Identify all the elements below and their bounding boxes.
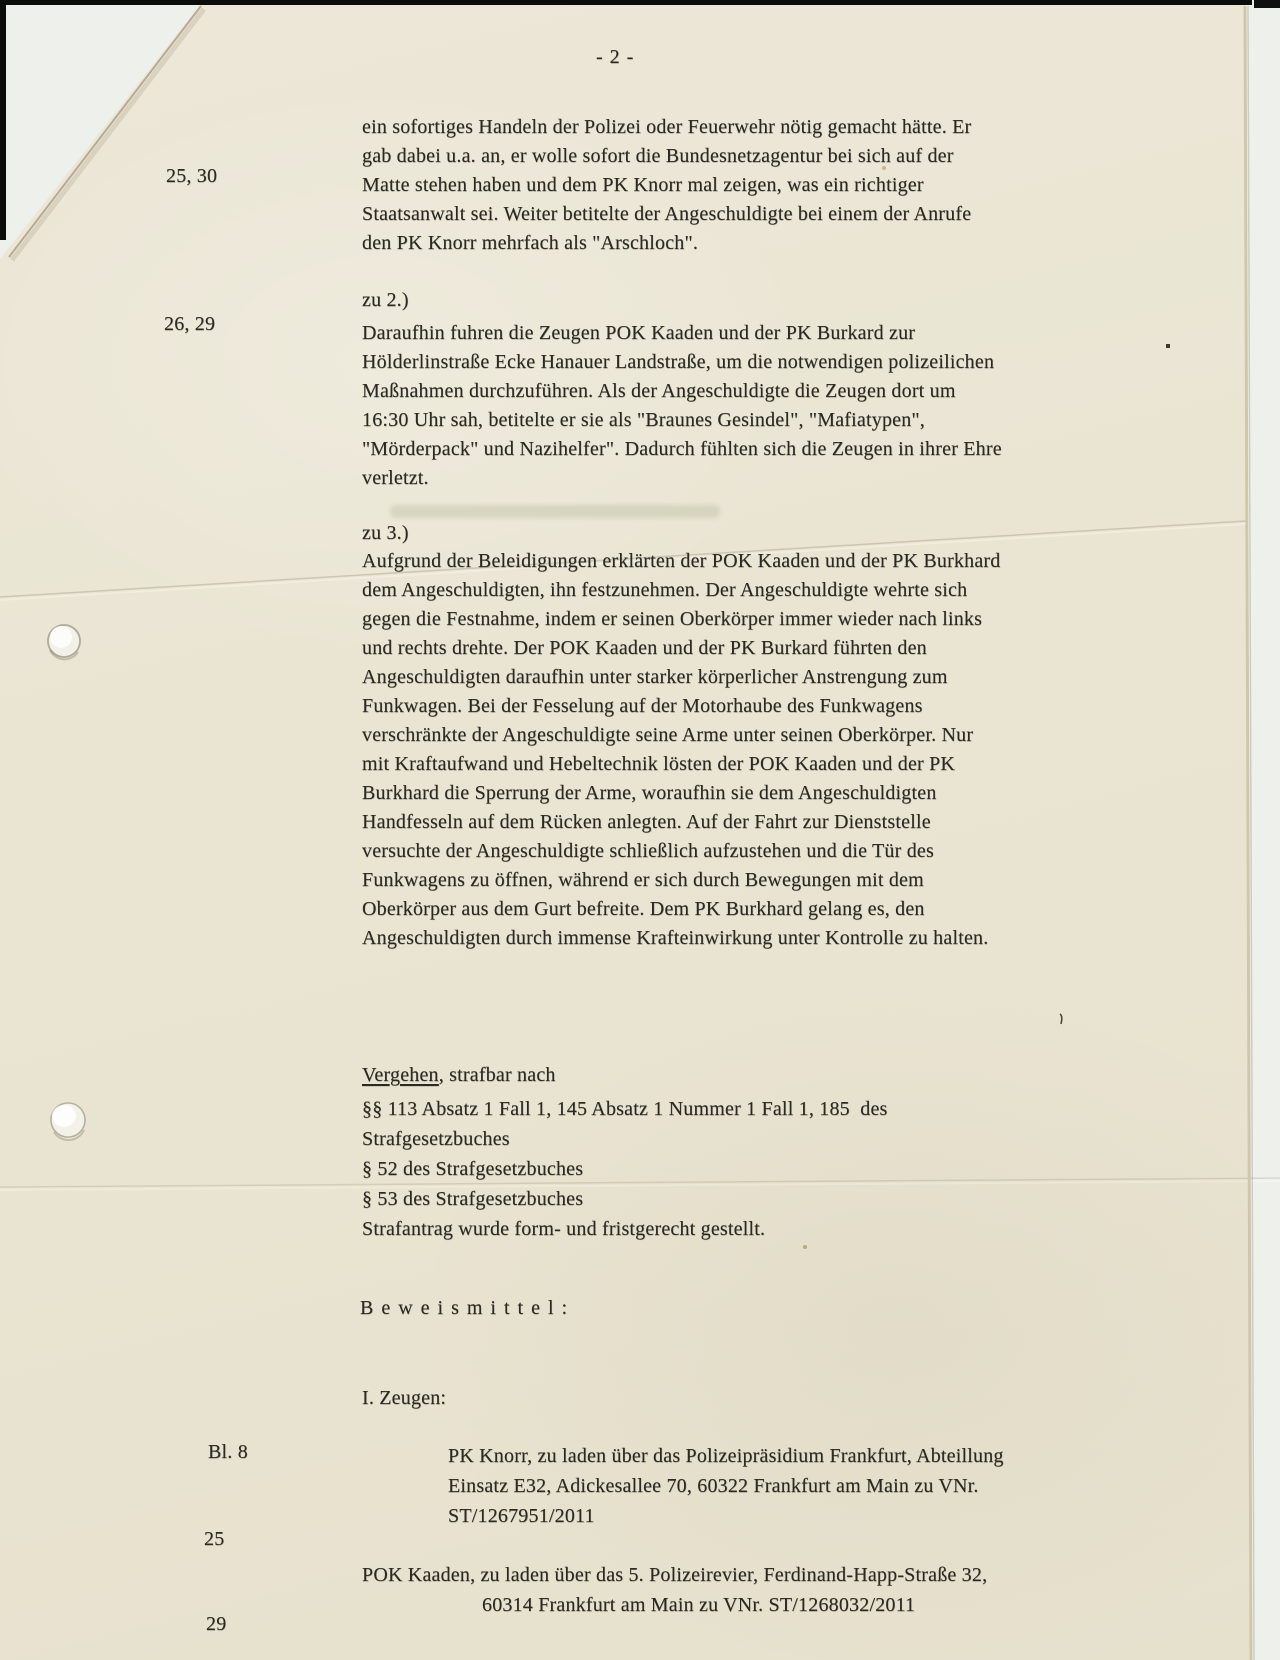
hole-punch-top — [48, 625, 80, 659]
evidence-heading: Beweismittel: — [360, 1297, 575, 1320]
body-paragraph-3: Aufgrund der Beleidigungen erklärten der… — [362, 547, 1000, 953]
body-paragraph-2: Daraufhin fuhren die Zeugen POK Kaaden u… — [362, 319, 1002, 493]
offenses-lead: Vergehen, strafbar nach — [362, 1064, 556, 1087]
margin-note-29: 29 — [206, 1613, 226, 1636]
page-number: - 2 - — [596, 46, 634, 69]
margin-note-25: 25 — [204, 1528, 224, 1551]
scanned-document: - 2 - 25, 30 26, 29 ein sofortiges Hande… — [0, 0, 1280, 1660]
witness-entry-knorr: PK Knorr, zu laden über das Polizeipräsi… — [448, 1441, 1004, 1531]
witness-entry-kaaden-line2: 60314 Frankfurt am Main zu VNr. ST/12680… — [482, 1594, 915, 1617]
offenses-statutes: §§ 113 Absatz 1 Fall 1, 145 Absatz 1 Num… — [362, 1094, 888, 1244]
margin-note-25-30: 25, 30 — [166, 165, 217, 188]
section-heading-zu3: zu 3.) — [362, 522, 409, 545]
witness-entry-kaaden-line1: POK Kaaden, zu laden über das 5. Polizei… — [362, 1564, 987, 1587]
body-paragraph-1: ein sofortiges Handeln der Polizei oder … — [362, 113, 971, 258]
scan-border-top — [0, 0, 1252, 5]
margin-note-bl8: Bl. 8 — [208, 1441, 248, 1464]
offenses-lead-underlined: Vergehen — [362, 1064, 439, 1086]
hole-punch-bottom — [51, 1103, 85, 1140]
witnesses-heading: I. Zeugen: — [362, 1387, 446, 1410]
margin-note-26-29: 26, 29 — [164, 313, 215, 336]
corner-fold-crease — [9, 6, 204, 260]
offenses-lead-rest: , strafbar nach — [439, 1064, 556, 1086]
scan-border-corner — [1254, 0, 1280, 8]
section-heading-zu2: zu 2.) — [362, 289, 409, 312]
page-right-edge — [1245, 6, 1254, 1660]
scan-border-left — [0, 0, 6, 240]
bleedthrough-mark — [390, 505, 720, 518]
